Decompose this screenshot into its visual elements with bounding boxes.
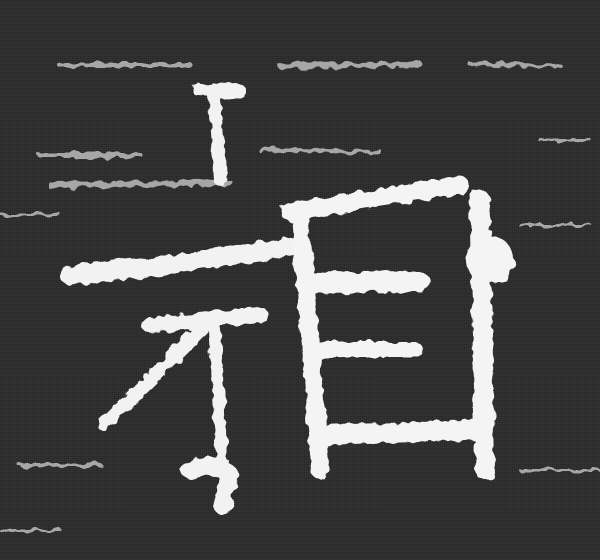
inscription-image: 相 <box>0 0 600 560</box>
character-strokes <box>0 0 600 560</box>
component-mu-eye <box>290 185 514 470</box>
radical-mu <box>70 90 300 505</box>
